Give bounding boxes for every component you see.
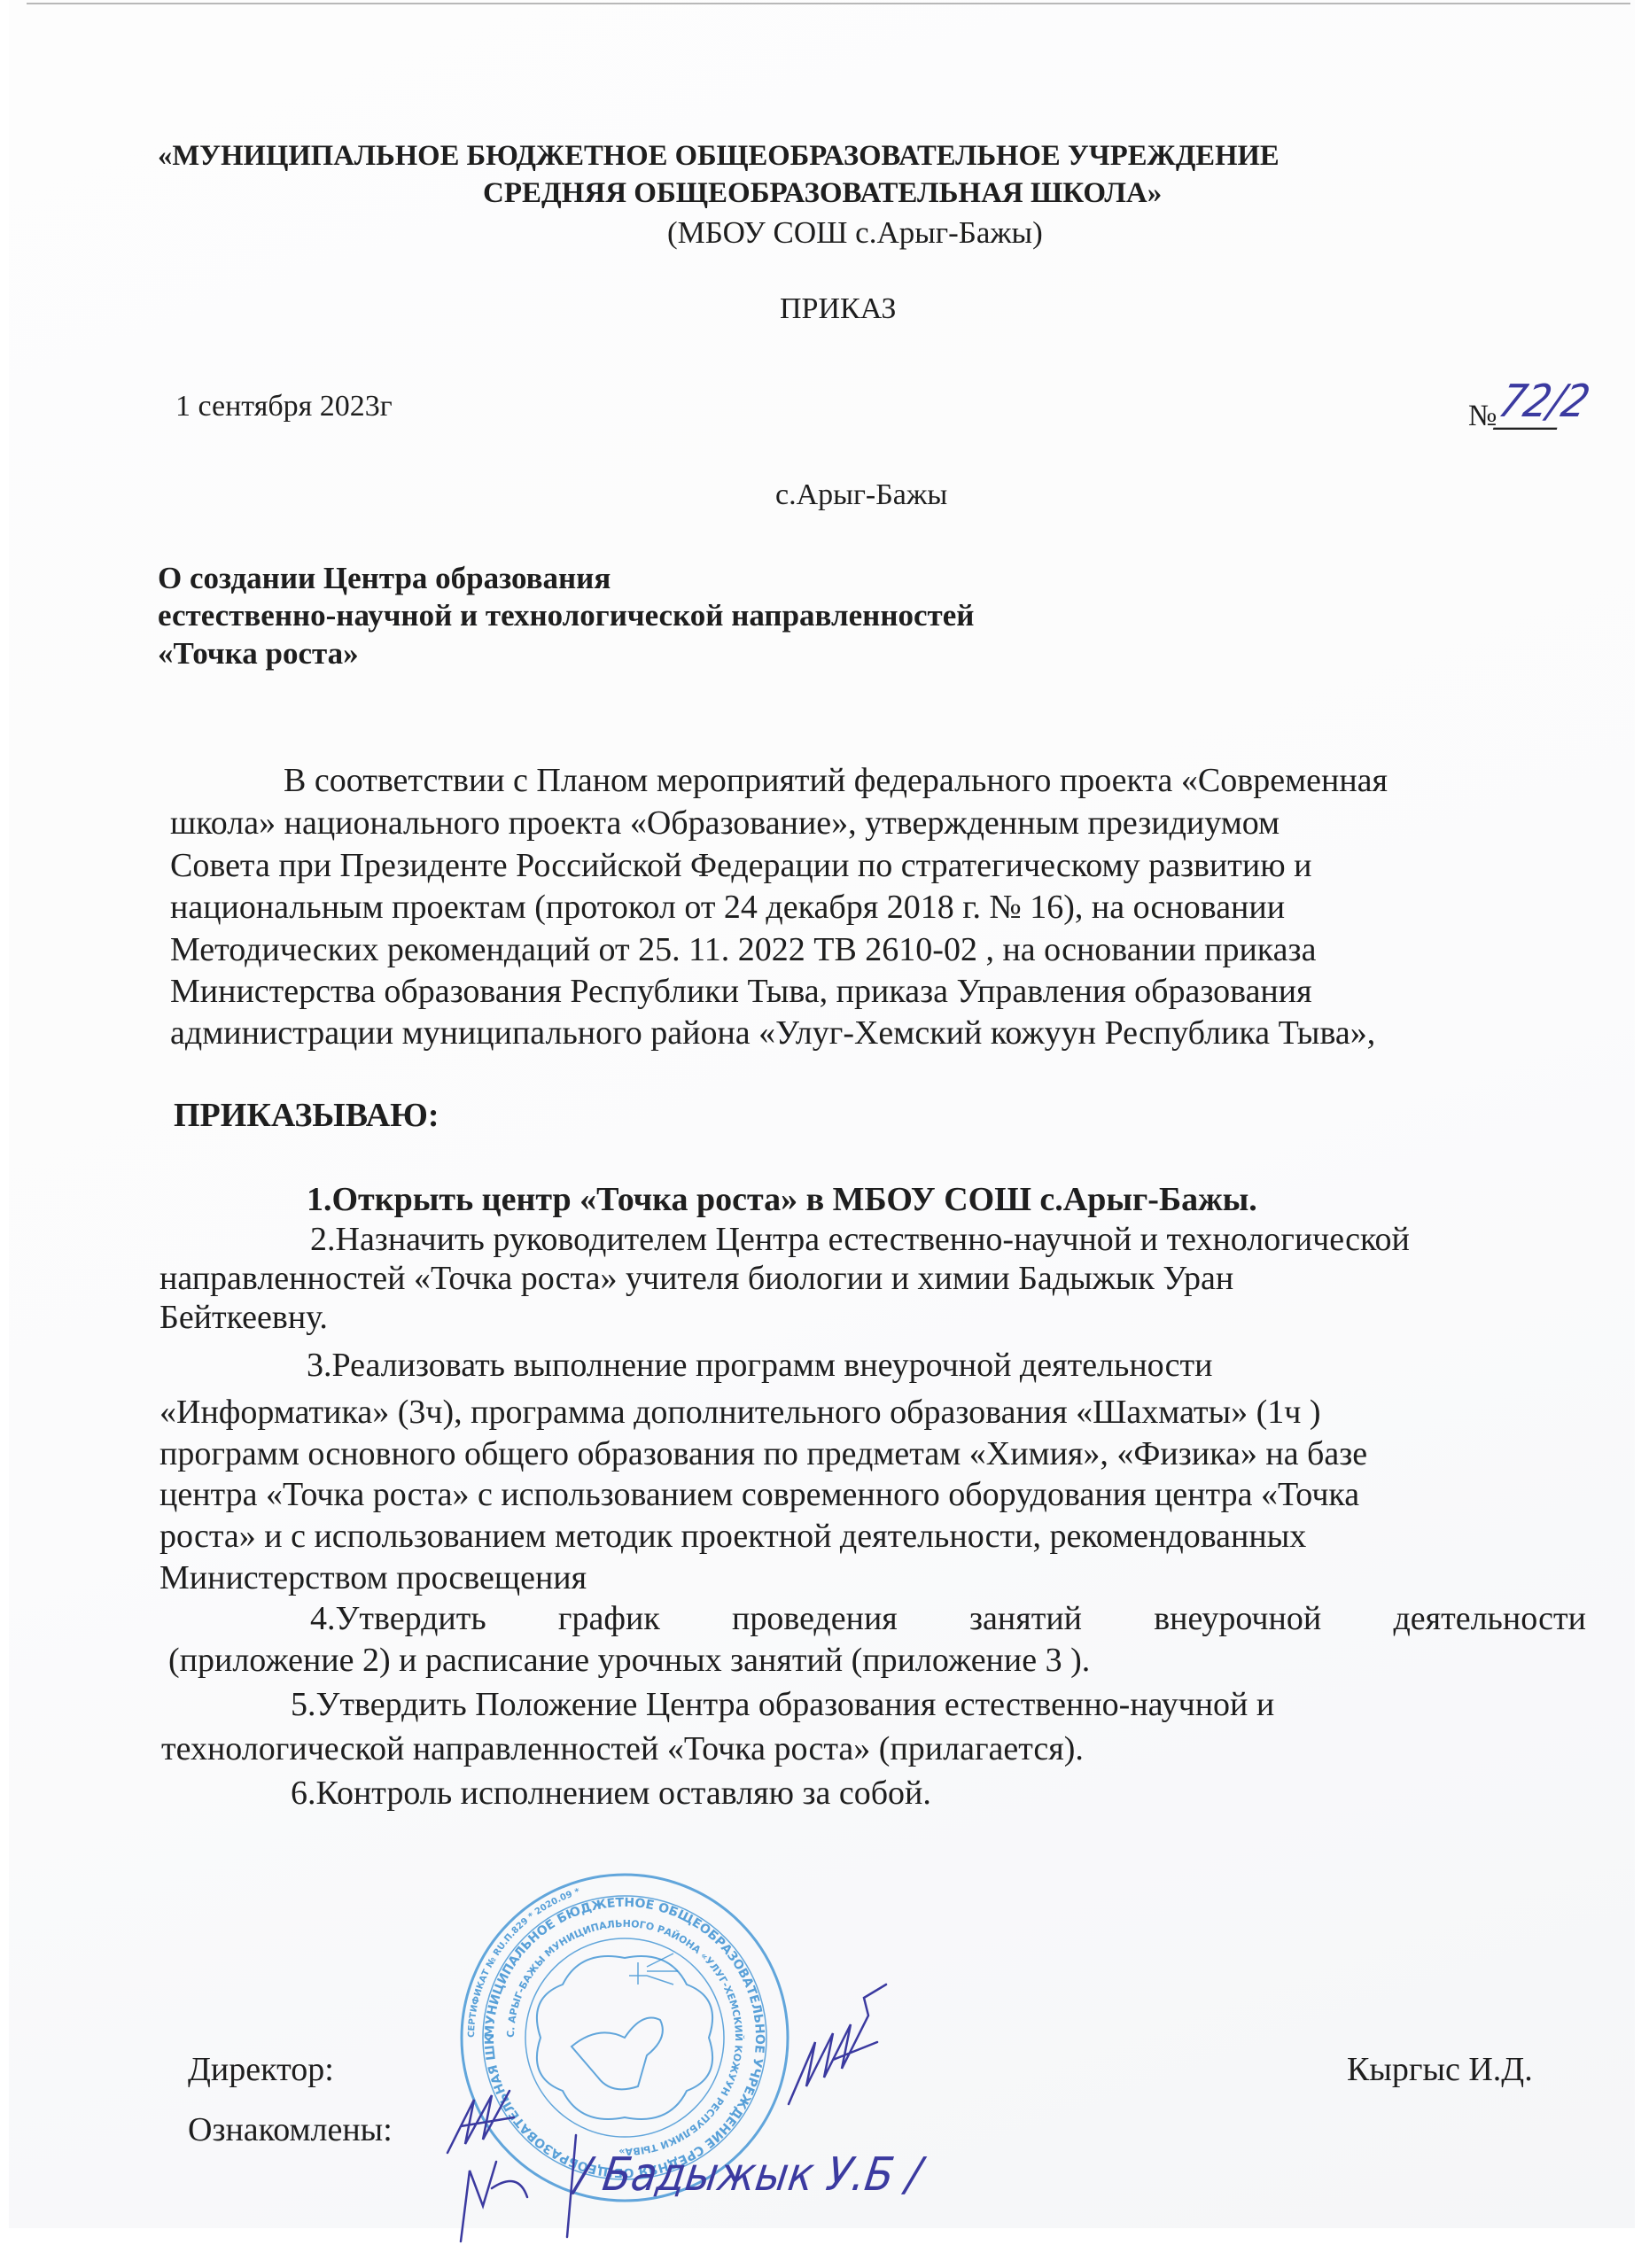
order-item-5: 5.Утвердить Положение Центра образования… — [291, 1688, 1274, 1721]
director-signature — [780, 1980, 904, 2113]
preamble-line: Министерства образования Республики Тыва… — [170, 975, 1312, 1008]
scan-edge — [27, 3, 1630, 4]
order-item-3: 3.Реализовать выполнение программ внеуро… — [307, 1348, 1212, 1382]
word: деятельности — [1393, 1602, 1586, 1635]
preamble-line: Совета при Президенте Российской Федерац… — [170, 849, 1311, 882]
doc-number: № 72/2 — [1468, 379, 1564, 426]
director-name: Кыргыс И.Д. — [1347, 2053, 1533, 2086]
order-item-3: «Информатика» (3ч), программа дополнител… — [159, 1395, 1321, 1429]
order-item-3: программ основного общего образования по… — [159, 1437, 1367, 1471]
word: график — [558, 1602, 660, 1635]
doc-type-title: ПРИКАЗ — [780, 292, 896, 326]
order-item-4: 4.Утвердить график проведения занятий вн… — [310, 1602, 1586, 1635]
order-item-6: 6.Контроль исполнением оставляю за собой… — [291, 1776, 931, 1810]
preamble-line: школа» национального проекта «Образовани… — [170, 806, 1280, 840]
preamble-line: Методических рекомендаций от 25. 11. 202… — [170, 933, 1316, 967]
org-header-line1: «МУНИЦИПАЛЬНОЕ БЮДЖЕТНОЕ ОБЩЕОБРАЗОВАТЕЛ… — [158, 140, 1280, 173]
word: внеурочной — [1154, 1602, 1321, 1635]
org-header-line2: СРЕДНЯЯ ОБЩЕОБРАЗОВАТЕЛЬНАЯ ШКОЛА» — [483, 177, 1162, 210]
preamble-line: национальным проектам (протокол от 24 де… — [170, 890, 1285, 924]
acknowledged-handwritten-name: / Бадыжык У.Б / — [572, 2148, 925, 2202]
order-item-2: 2.Назначить руководителем Центра естеств… — [310, 1223, 1410, 1256]
doc-date: 1 сентября 2023г — [175, 390, 393, 423]
subject-line1: О создании Центра образования — [158, 561, 611, 596]
order-item-4: (приложение 2) и расписание урочных заня… — [168, 1643, 1090, 1677]
order-word: ПРИКАЗЫВАЮ: — [174, 1099, 439, 1132]
preamble-line: В соответствии с Планом мероприятий феде… — [284, 764, 1388, 797]
order-item-2: Бейткеевну. — [159, 1301, 328, 1334]
org-short-name: (МБОУ СОШ с.Арыг-Бажы) — [667, 215, 1043, 251]
word: 4.Утвердить — [310, 1602, 486, 1635]
number-handwritten: 72/2 — [1493, 376, 1571, 430]
director-label: Директор: — [188, 2053, 334, 2086]
preamble-line: администрации муниципального района «Улу… — [170, 1016, 1375, 1050]
order-item-1: 1.Открыть центр «Точка роста» в МБОУ СОШ… — [307, 1183, 1257, 1216]
word: проведения — [732, 1602, 898, 1635]
order-item-3: роста» и с использованием методик проект… — [159, 1519, 1306, 1553]
acknowledged-label: Ознакомлены: — [188, 2113, 393, 2147]
order-item-2: направленностей «Точка роста» учителя би… — [159, 1262, 1233, 1295]
order-item-3: Министерством просвещения — [159, 1561, 587, 1595]
subject-line2: естественно-научной и технологической на… — [158, 598, 974, 633]
doc-place: с.Арыг-Бажы — [775, 478, 947, 512]
word: занятий — [969, 1602, 1082, 1635]
order-item-5: технологической направленностей «Точка р… — [161, 1732, 1084, 1766]
order-item-3: центра «Точка роста» с использованием со… — [159, 1478, 1359, 1511]
subject-line3: «Точка роста» — [158, 636, 359, 672]
